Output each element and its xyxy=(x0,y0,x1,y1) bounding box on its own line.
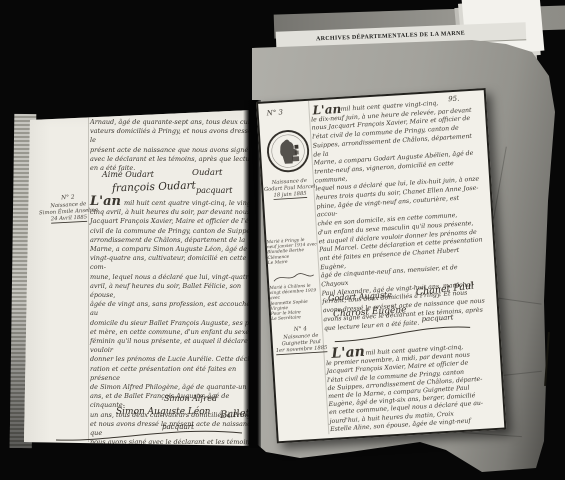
mention-paraph xyxy=(272,271,315,284)
marriage-mention-2: Marié à Châlons le vingt décembre 1919 a… xyxy=(269,282,323,321)
signature-flourish xyxy=(54,428,246,442)
act4-margin-note: N° 4 Naissance de Guignette Paul 1er nov… xyxy=(274,324,328,354)
official-stamp-icon xyxy=(264,127,313,176)
left-page: Arnaud, âgé de quarante-sept ans, tous d… xyxy=(24,110,252,446)
right-page: 95. N° 3 L'an mil huit cent quatre vingt… xyxy=(256,88,506,443)
act2-signature-declarant: Simon Auguste Léon xyxy=(116,407,210,417)
act2-signature-witness1: Simon Alfred xyxy=(164,394,217,403)
marriage-mention-1: Marié à Pringy le neuf janvier 1914 avec… xyxy=(266,237,318,266)
left-page-margin-rule xyxy=(88,116,89,442)
act1-signature-witness: Oudart xyxy=(192,168,222,178)
act1-signature-declarant: Aimé Oudart xyxy=(102,170,154,179)
act3-margin-number: N° 3 xyxy=(266,108,283,117)
act1-closing-text: Arnaud, âgé de quarante-sept ans, tous d… xyxy=(90,118,258,173)
act1-signature-mayor: pacquart xyxy=(196,186,232,195)
folder-edge-line xyxy=(544,332,550,386)
act3-margin-note: Naissance de Godart Paul Marcel 18 juin … xyxy=(263,177,317,200)
act4-body: mil huit cent quatre vingt-cinq, le prem… xyxy=(325,342,496,434)
photo-of-register: ARCHIVES DÉPARTEMENTALES DE LA MARNE Arn… xyxy=(0,0,565,480)
archive-label: ARCHIVES DÉPARTEMENTALES DE LA MARNE xyxy=(316,30,465,43)
